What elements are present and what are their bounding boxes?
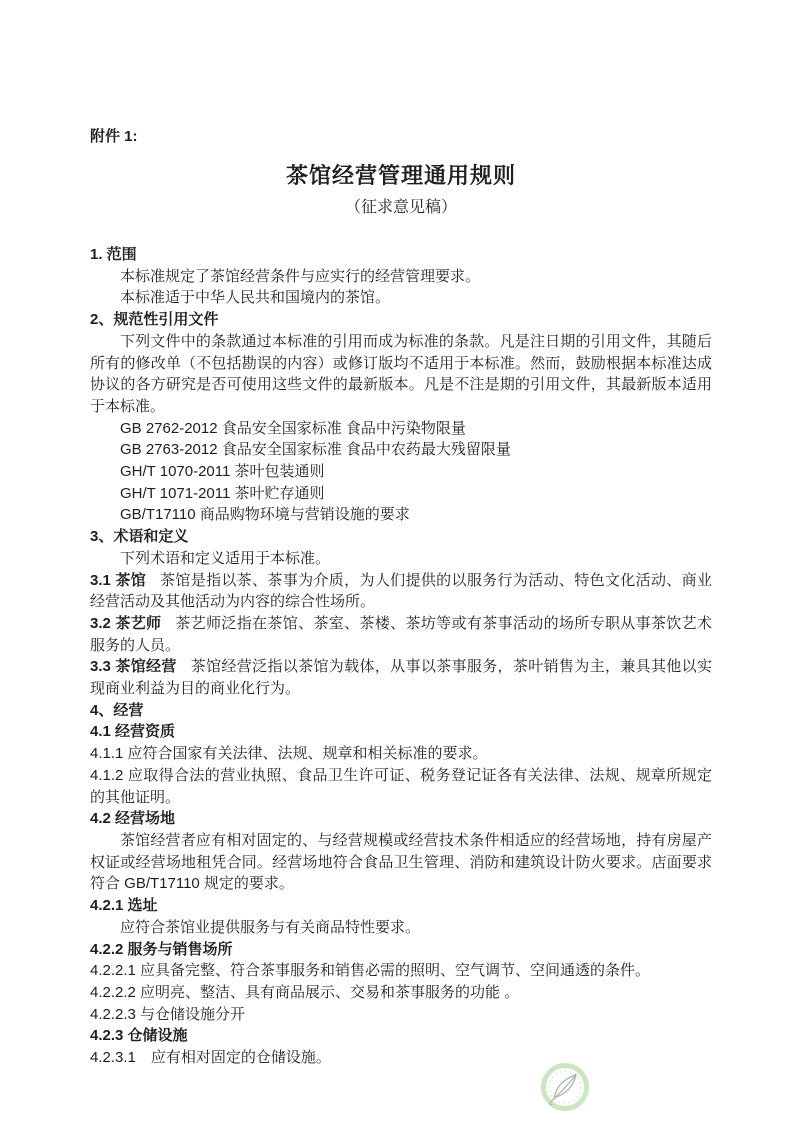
paragraph: 本标准适于中华人民共和国境内的茶馆。 — [90, 287, 712, 309]
page-title: 茶馆经营管理通用规则 — [90, 159, 712, 190]
paragraph: 茶馆经营者应有相对固定的、与经营规模或经营技术条件相适应的经营场地，持有房屋产权… — [90, 830, 712, 895]
term-definition: 3.3 茶馆经营茶馆经营泛指以茶馆为载体，从事以茶事服务，茶叶销售为主，兼具其他… — [90, 656, 712, 699]
section-heading: 4、经营 — [90, 700, 712, 722]
document-page: 附件 1: 茶馆经营管理通用规则 （征求意见稿） 1. 范围 本标准规定了茶馆经… — [90, 125, 712, 1069]
clause-item: 4.2.2.3 与仓储设施分开 — [90, 1004, 712, 1026]
section-heading: 4.2.2 服务与销售场所 — [90, 939, 712, 961]
page-subtitle: （征求意见稿） — [90, 194, 712, 217]
reference-item: GB 2762-2012 食品安全国家标准 食品中污染物限量 — [90, 418, 712, 440]
paragraph: 应符合茶馆业提供服务与有关商品特性要求。 — [90, 917, 712, 939]
paragraph: 下列术语和定义适用于本标准。 — [90, 548, 712, 570]
clause-item: 4.1.1 应符合国家有关法律、法规、规章和相关标准的要求。 — [90, 743, 712, 765]
term-definition: 3.2 茶艺师茶艺师泛指在茶馆、茶室、茶楼、茶坊等或有茶事活动的场所专职从事茶饮… — [90, 613, 712, 656]
clause-item: 4.2.2.1 应具备完整、符合茶事服务和销售必需的照明、空气调节、空间通透的条… — [90, 960, 712, 982]
section-heading: 3、术语和定义 — [90, 526, 712, 548]
section-heading: 2、规范性引用文件 — [90, 309, 712, 331]
section-heading: 4.2 经营场地 — [90, 808, 712, 830]
term-label: 3.1 茶馆 — [90, 572, 146, 589]
term-text: 茶馆是指以茶、茶事为介质，为人们提供的以服务行为活动、特色文化活动、商业经营活动… — [90, 572, 712, 611]
clause-item: 4.1.2 应取得合法的营业执照、食品卫生许可证、税务登记证各有关法律、法规、规… — [90, 765, 712, 808]
term-label: 3.2 茶艺师 — [90, 615, 161, 632]
section-heading: 1. 范围 — [90, 244, 712, 266]
reference-item: GB 2763-2012 食品安全国家标准 食品中农药最大残留限量 — [90, 439, 712, 461]
term-text: 茶艺师泛指在茶馆、茶室、茶楼、茶坊等或有茶事活动的场所专职从事茶饮艺术服务的人员… — [90, 615, 712, 654]
clause-item: 4.2.3.1 应有相对固定的仓储设施。 — [90, 1047, 712, 1069]
reference-item: GB/T17110 商品购物环境与营销设施的要求 — [90, 504, 712, 526]
term-text: 茶馆经营泛指以茶馆为载体，从事以茶事服务，茶叶销售为主，兼具其他以实现商业利益为… — [90, 658, 712, 697]
paragraph: 本标准规定了茶馆经营条件与应实行的经营管理要求。 — [90, 266, 712, 288]
term-definition: 3.1 茶馆茶馆是指以茶、茶事为介质，为人们提供的以服务行为活动、特色文化活动、… — [90, 570, 712, 613]
attachment-label: 附件 1: — [90, 125, 712, 146]
document-body: 1. 范围 本标准规定了茶馆经营条件与应实行的经营管理要求。 本标准适于中华人民… — [90, 244, 712, 1069]
leaf-seal-icon — [539, 1061, 591, 1113]
clause-item: 4.2.2.2 应明亮、整洁、具有商品展示、交易和茶事服务的功能 。 — [90, 982, 712, 1004]
section-heading: 4.1 经营资质 — [90, 721, 712, 743]
reference-item: GH/T 1071-2011 茶叶贮存通则 — [90, 483, 712, 505]
section-heading: 4.2.3 仓储设施 — [90, 1025, 712, 1047]
reference-item: GH/T 1070-2011 茶叶包装通则 — [90, 461, 712, 483]
term-label: 3.3 茶馆经营 — [90, 658, 177, 675]
section-heading: 4.2.1 选址 — [90, 895, 712, 917]
paragraph: 下列文件中的条款通过本标准的引用而成为标准的条款。凡是注日期的引用文件，其随后所… — [90, 331, 712, 418]
